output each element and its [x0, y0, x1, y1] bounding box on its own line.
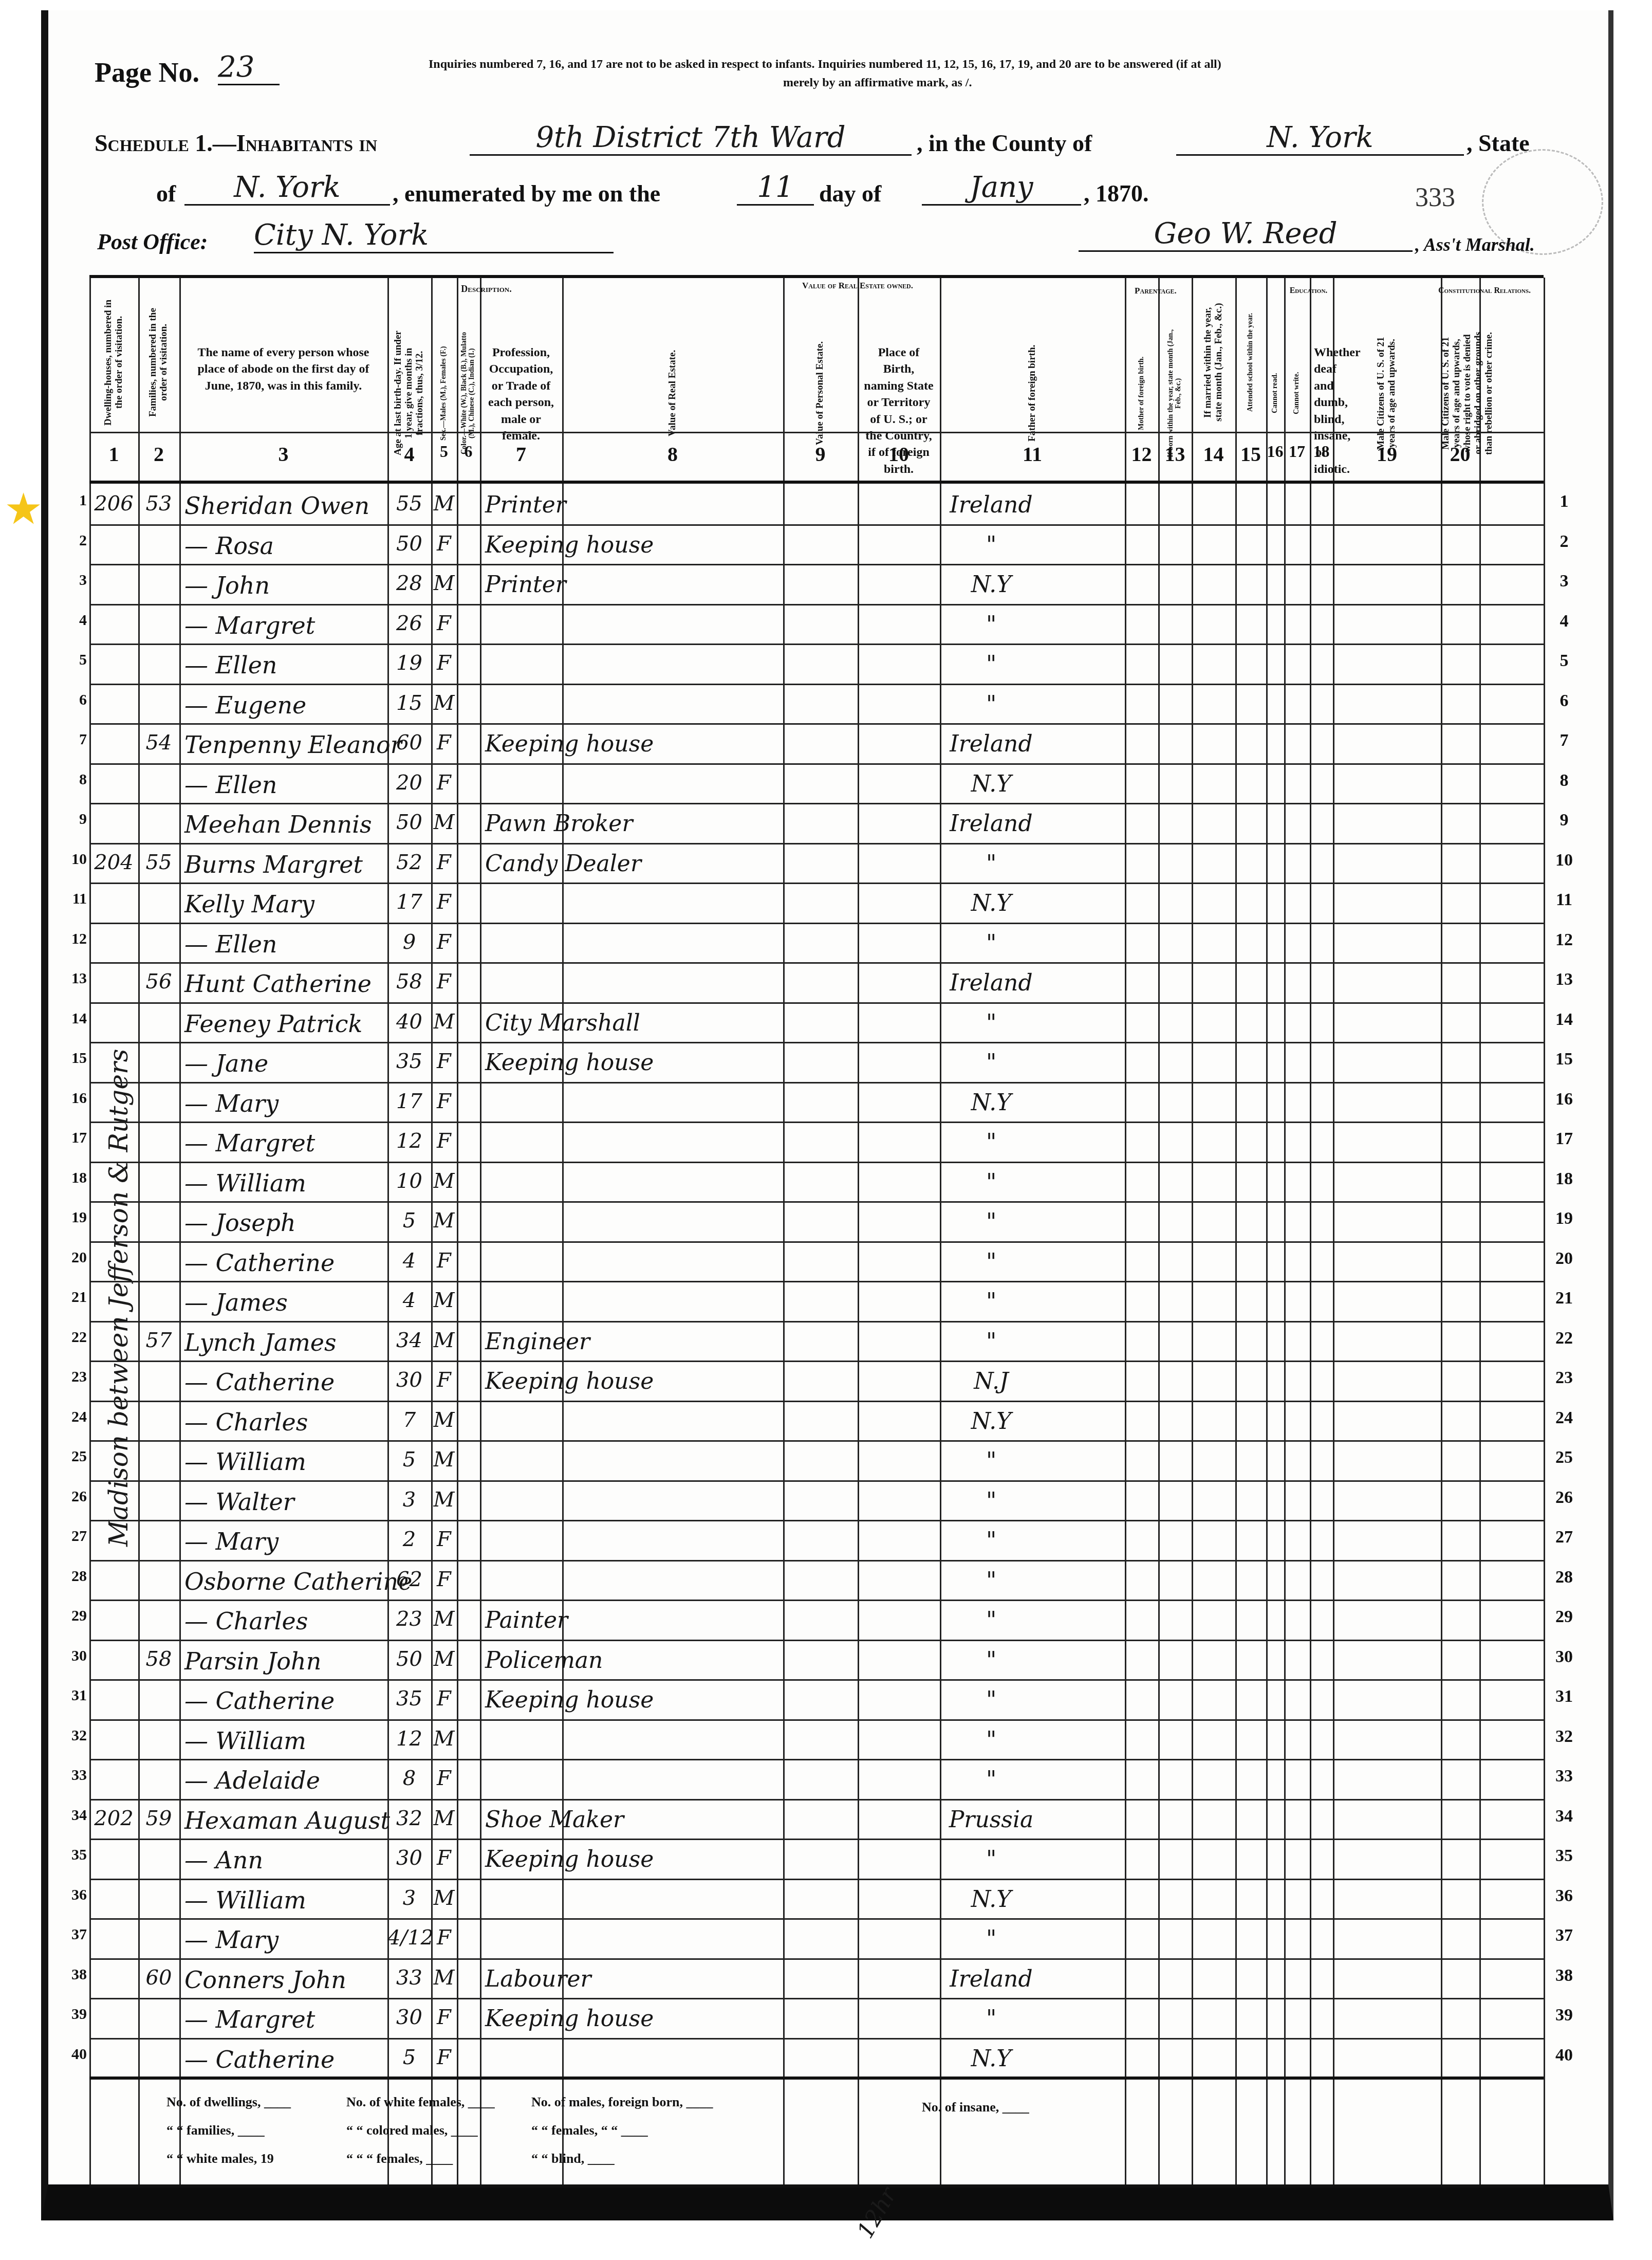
row-line-number-right: 8 [1549, 771, 1580, 791]
person-name: — Joseph [184, 1209, 385, 1237]
column-number: 17 [1284, 442, 1310, 461]
row-line-number-right: 16 [1549, 1090, 1580, 1109]
post-office-label: Post Office: [97, 229, 208, 255]
birthplace: " [858, 1448, 1125, 1474]
row-line-number-left: 30 [71, 1647, 87, 1665]
table-row: 18— William10M"18 [48, 1163, 1590, 1203]
table-row: 754Tenpenny Eleanor60FKeeping houseIrela… [48, 725, 1590, 765]
age: 5 [387, 1209, 431, 1233]
row-line-number-right: 22 [1549, 1329, 1580, 1348]
occupation: Painter [485, 1607, 778, 1633]
person-name: — Catherine [184, 1368, 385, 1396]
column-header-label: Color.—White (W.), Black (B.), Mulatto (… [460, 329, 476, 457]
age: 7 [387, 1408, 431, 1432]
person-name: Conners John [184, 1966, 385, 1994]
day-of-label: day of [819, 180, 881, 207]
row-line-number-right: 20 [1549, 1249, 1580, 1269]
birthplace: N.Y [858, 1090, 1125, 1116]
occupation: Keeping house [485, 2006, 778, 2032]
age: 30 [387, 1368, 431, 1392]
table-row: 4— Margret26F"4 [48, 605, 1590, 646]
column-header-label: Profession, Occupation, or Trade of each… [480, 344, 562, 444]
birthplace: " [858, 1329, 1125, 1355]
column-number: 11 [940, 442, 1125, 466]
birthplace: " [858, 1050, 1125, 1076]
person-name: Osborne Catherine [184, 1568, 385, 1595]
age: 50 [387, 811, 431, 834]
person-name: Parsin John [184, 1647, 385, 1675]
row-line-number-left: 35 [71, 1846, 87, 1864]
row-line-number-left: 34 [71, 1807, 87, 1824]
age: 4/12 [387, 1926, 431, 1950]
row-line-number-right: 19 [1549, 1209, 1580, 1228]
column-number: 7 [480, 442, 562, 466]
age: 52 [387, 851, 431, 874]
column-header-label: Male Citizens of U. S. of 21 years of ag… [1441, 329, 1494, 457]
marshal-label: , Ass't Marshal. [1415, 234, 1535, 255]
table-bottom-rule [89, 2077, 1544, 2080]
birthplace: " [858, 1727, 1125, 1753]
table-row: 25— William5M"25 [48, 1442, 1590, 1482]
group-header-parentage: Parentage. [1122, 285, 1189, 297]
person-name: — William [184, 1448, 385, 1476]
group-header-description: Description. [431, 283, 542, 295]
county-label: , in the County of [917, 130, 1092, 157]
sex: M [431, 811, 457, 834]
birthplace: N.Y [858, 890, 1125, 916]
table-row: 21— James4M"21 [48, 1282, 1590, 1322]
birthplace: " [858, 1289, 1125, 1315]
table-row: 40— Catherine5FN.Y40 [48, 2039, 1590, 2080]
column-number: 4 [387, 442, 431, 466]
table-row: 19— Joseph5M"19 [48, 1203, 1590, 1243]
birthplace: " [858, 1209, 1125, 1235]
schedule-label: Schedule 1.—Inhabitants in [95, 130, 377, 157]
county-field: N. York [1176, 121, 1464, 156]
family-number: 56 [138, 970, 179, 994]
table-row: 32— William12M"32 [48, 1721, 1590, 1761]
table-row: 11Kelly Mary17FN.Y11 [48, 884, 1590, 924]
person-name: — Mary [184, 1926, 385, 1954]
column-header-11: Father of foreign birth. [940, 329, 1125, 432]
row-line-number-right: 32 [1549, 1727, 1580, 1747]
birthplace: Ireland [858, 492, 1125, 518]
row-line-number-left: 3 [71, 572, 87, 589]
column-header-4: Age at last birth-day. If under 1 year, … [387, 329, 431, 432]
sex: F [431, 771, 457, 795]
column-header-3: The name of every person whose place of … [179, 344, 387, 427]
sex: F [431, 1846, 457, 1870]
column-header-label: Mother of foreign birth. [1138, 329, 1145, 457]
table-row: 36— William3MN.Y36 [48, 1880, 1590, 1920]
age: 4 [387, 1249, 431, 1273]
age: 12 [387, 1727, 431, 1751]
row-line-number-left: 17 [71, 1129, 87, 1147]
birthplace: N.Y [858, 1408, 1125, 1435]
row-line-number-right: 33 [1549, 1767, 1580, 1786]
enumerated-label: , enumerated by me on the [393, 180, 660, 207]
person-name: — James [184, 1289, 385, 1316]
instructions-line-1: Inquiries numbered 7, 16, and 17 are not… [429, 58, 1585, 71]
birthplace: " [858, 1687, 1125, 1713]
row-line-number-left: 13 [71, 970, 87, 987]
column-number: 16 [1266, 442, 1284, 461]
table-row: 35— Ann30FKeeping house"35 [48, 1840, 1590, 1880]
birthplace: " [858, 851, 1125, 877]
age: 19 [387, 651, 431, 675]
person-name: — Margret [184, 612, 385, 639]
occupation: Printer [485, 572, 778, 598]
sex: F [431, 851, 457, 874]
column-header-12: Mother of foreign birth. [1125, 329, 1158, 432]
sex: F [431, 1767, 457, 1790]
family-number: 55 [138, 851, 179, 874]
instructions-line-2: merely by an affirmative mark, as /. [783, 76, 972, 90]
table-row: 3— John28MPrinterN.Y3 [48, 565, 1590, 605]
birthplace: " [858, 612, 1125, 638]
table-row: 1020455Burns Margret52FCandy Dealer"10 [48, 844, 1590, 885]
row-line-number-right: 40 [1549, 2046, 1580, 2065]
row-line-number-left: 21 [71, 1289, 87, 1306]
sex: M [431, 1807, 457, 1830]
row-line-number-left: 22 [71, 1329, 87, 1346]
family-number: 59 [138, 1807, 179, 1830]
birthplace: " [858, 930, 1125, 957]
column-header-17: Cannot write. [1284, 329, 1310, 432]
person-name: — Ellen [184, 771, 385, 799]
column-header-19: Male Citizens of U. S. of 21 years of ag… [1333, 329, 1441, 432]
row-line-number-left: 23 [71, 1368, 87, 1386]
column-header-1: Dwelling-houses, numbered in the order o… [89, 298, 138, 401]
age: 3 [387, 1488, 431, 1512]
column-header-label: The name of every person whose place of … [179, 344, 387, 394]
sex: F [431, 1129, 457, 1153]
sex: M [431, 691, 457, 715]
inhabitants-in-field: 9th District 7th Ward [470, 121, 912, 156]
marshal-signature: Geo W. Reed [1079, 217, 1413, 252]
row-line-number-left: 31 [71, 1687, 87, 1704]
column-number: 2 [138, 442, 179, 466]
age: 60 [387, 731, 431, 755]
sex: F [431, 930, 457, 954]
header-bottom-rule [89, 481, 1544, 484]
person-name: Burns Margret [184, 851, 385, 878]
occupation: City Marshall [485, 1010, 778, 1036]
sex: M [431, 1329, 457, 1352]
occupation: Printer [485, 492, 778, 518]
person-name: — William [184, 1727, 385, 1755]
age: 4 [387, 1289, 431, 1312]
age: 17 [387, 1090, 431, 1113]
column-number: 19 [1333, 442, 1441, 466]
birthplace: " [858, 532, 1125, 558]
row-line-number-left: 15 [71, 1050, 87, 1067]
column-number: 20 [1441, 442, 1479, 466]
age: 10 [387, 1169, 431, 1193]
age: 5 [387, 1448, 431, 1472]
column-header-label: Sex.—Males (M.), Females (F.) [440, 329, 448, 457]
birthplace: N.J [858, 1368, 1125, 1394]
row-line-number-right: 11 [1549, 890, 1580, 910]
age: 9 [387, 930, 431, 954]
row-line-number-left: 7 [71, 731, 87, 748]
state-field: N. York [184, 171, 390, 206]
column-header-16: Cannot read. [1266, 329, 1284, 432]
column-header-7: Profession, Occupation, or Trade of each… [480, 344, 562, 427]
row-line-number-left: 29 [71, 1607, 87, 1625]
family-number: 54 [138, 731, 179, 755]
row-line-number-left: 6 [71, 691, 87, 709]
person-name: — Margret [184, 1129, 385, 1157]
person-name: — Charles [184, 1408, 385, 1436]
column-number: 6 [457, 442, 480, 461]
birthplace: " [858, 1767, 1125, 1793]
row-line-number-right: 25 [1549, 1448, 1580, 1467]
sex: M [431, 1169, 457, 1193]
birthplace: N.Y [858, 771, 1125, 797]
person-name: — Adelaide [184, 1767, 385, 1794]
sex: F [431, 2046, 457, 2069]
table-row: 3420259Hexaman August32MShoe MakerPrussi… [48, 1800, 1590, 1841]
row-line-number-right: 7 [1549, 731, 1580, 750]
table-row: 31— Catherine35FKeeping house"31 [48, 1681, 1590, 1721]
table-row: 120653Sheridan Owen55MPrinterIreland1 [48, 486, 1590, 526]
table-row: 9Meehan Dennis50MPawn BrokerIreland9 [48, 804, 1590, 844]
age: 62 [387, 1568, 431, 1591]
person-name: — Ellen [184, 651, 385, 679]
sex: F [431, 1568, 457, 1591]
sex: M [431, 1209, 457, 1233]
table-row: 2— Rosa50FKeeping house"2 [48, 526, 1590, 566]
row-line-number-left: 33 [71, 1767, 87, 1784]
sex: F [431, 890, 457, 914]
sex: F [431, 1368, 457, 1392]
person-name: — William [184, 1886, 385, 1914]
table-row: 33— Adelaide8F"33 [48, 1760, 1590, 1800]
person-name: — Mary [184, 1090, 385, 1117]
occupation: Keeping house [485, 731, 778, 757]
occupation: Pawn Broker [485, 811, 778, 837]
birthplace: Ireland [858, 970, 1125, 996]
row-line-number-right: 13 [1549, 970, 1580, 989]
birthplace: N.Y [858, 2046, 1125, 2072]
person-name: — Ann [184, 1846, 385, 1874]
column-header-label: If born within the year, state month (Ja… [1167, 329, 1183, 457]
sex: M [431, 492, 457, 516]
occupation: Policeman [485, 1647, 778, 1674]
person-name: Tenpenny Eleanor [184, 731, 385, 759]
person-name: — Mary [184, 1528, 385, 1555]
column-header-label: Families, numbered in the order of visit… [148, 298, 170, 427]
row-line-number-left: 1 [71, 492, 87, 509]
occupation: Engineer [485, 1329, 778, 1355]
birthplace: " [858, 2006, 1125, 2032]
day-field: 11 [737, 171, 814, 206]
occupation: Keeping house [485, 1050, 778, 1076]
group-header-constitutional: Constitutional Relations. [1436, 285, 1533, 297]
sex: F [431, 1687, 457, 1711]
stamp-number: 333 [1415, 182, 1455, 213]
row-line-number-left: 11 [71, 890, 87, 908]
sex: M [431, 1647, 457, 1671]
row-line-number-left: 2 [71, 532, 87, 549]
sex: F [431, 651, 457, 675]
column-number: 3 [179, 442, 387, 466]
row-line-number-left: 19 [71, 1209, 87, 1226]
row-line-number-right: 17 [1549, 1129, 1580, 1149]
family-number: 57 [138, 1329, 179, 1352]
sex: F [431, 532, 457, 556]
table-row: 28Osborne Catherine62F"28 [48, 1561, 1590, 1602]
age: 35 [387, 1050, 431, 1073]
person-name: — Jane [184, 1050, 385, 1077]
person-name: Feeney Patrick [184, 1010, 385, 1038]
row-line-number-right: 4 [1549, 612, 1580, 631]
person-name: Hunt Catherine [184, 970, 385, 998]
table-row: 29— Charles23MPainter"29 [48, 1601, 1590, 1641]
family-number: 60 [138, 1966, 179, 1990]
sex: F [431, 612, 457, 635]
footer-males-foreign: No. of males, foreign born, ____ [531, 2094, 713, 2110]
table-row: 3058Parsin John50MPoliceman"30 [48, 1641, 1590, 1681]
column-header-8: Value of Real Estate. [562, 329, 783, 432]
column-header-14: If married within the year, state month … [1192, 298, 1235, 401]
row-line-number-left: 24 [71, 1408, 87, 1426]
row-line-number-left: 5 [71, 651, 87, 669]
row-line-number-left: 26 [71, 1488, 87, 1505]
table-row: 12— Ellen9F"12 [48, 924, 1590, 964]
table-row: 27— Mary2F"27 [48, 1521, 1590, 1561]
column-number: 5 [431, 442, 457, 461]
age: 20 [387, 771, 431, 795]
age: 26 [387, 612, 431, 635]
row-line-number-left: 32 [71, 1727, 87, 1744]
row-line-number-left: 12 [71, 930, 87, 948]
person-name: — Eugene [184, 691, 385, 719]
row-line-number-right: 37 [1549, 1926, 1580, 1945]
column-header-label: Age at last birth-day. If under 1 year, … [393, 329, 425, 457]
row-line-number-right: 3 [1549, 572, 1580, 591]
row-line-number-right: 23 [1549, 1368, 1580, 1388]
column-header-20: Male Citizens of U. S. of 21 years of ag… [1441, 329, 1479, 432]
sex: F [431, 970, 457, 994]
age: 28 [387, 572, 431, 595]
sex: M [431, 1408, 457, 1432]
row-line-number-left: 18 [71, 1169, 87, 1187]
table-row: 17— Margret12F"17 [48, 1123, 1590, 1163]
column-header-13: If born within the year, state month (Ja… [1158, 329, 1192, 432]
row-line-number-right: 2 [1549, 532, 1580, 552]
occupation: Labourer [485, 1966, 778, 1992]
row-line-number-right: 26 [1549, 1488, 1580, 1508]
birthplace: " [858, 1010, 1125, 1036]
birthplace: " [858, 1488, 1125, 1514]
column-header-label: Cannot write. [1293, 329, 1301, 457]
age: 58 [387, 970, 431, 994]
column-number: 1 [89, 442, 138, 466]
person-name: Hexaman August [184, 1807, 385, 1834]
age: 40 [387, 1010, 431, 1034]
column-header-6: Color.—White (W.), Black (B.), Mulatto (… [457, 329, 480, 432]
sex: M [431, 1727, 457, 1751]
birthplace: Ireland [858, 811, 1125, 837]
footer-females-foreign: “ “ females, “ “ ____ [531, 2123, 648, 2138]
group-header-education: Education. [1284, 285, 1333, 297]
sex: M [431, 572, 457, 595]
birthplace: Ireland [858, 1966, 1125, 1992]
table-row: 39— Margret30FKeeping house"39 [48, 1999, 1590, 2039]
row-line-number-left: 28 [71, 1568, 87, 1585]
table-row: 24— Charles7MN.Y24 [48, 1402, 1590, 1442]
column-number: 13 [1158, 442, 1192, 466]
star-marker-icon: ★ [4, 488, 45, 529]
row-line-number-right: 27 [1549, 1528, 1580, 1547]
birthplace: " [858, 1528, 1125, 1554]
person-name: — William [184, 1169, 385, 1197]
table-row: 14Feeney Patrick40MCity Marshall"14 [48, 1004, 1590, 1044]
table-row: 37— Mary4/12F"37 [48, 1920, 1590, 1960]
age: 2 [387, 1528, 431, 1551]
row-line-number-right: 21 [1549, 1289, 1580, 1308]
row-line-number-left: 25 [71, 1448, 87, 1465]
row-line-number-right: 28 [1549, 1568, 1580, 1587]
age: 35 [387, 1687, 431, 1711]
birthplace: N.Y [858, 1886, 1125, 1913]
sex: M [431, 1966, 457, 1990]
footer-bottom-rule [89, 2184, 1544, 2188]
page-label: Page No. [95, 57, 199, 88]
person-name: Meehan Dennis [184, 811, 385, 838]
sex: M [431, 1488, 457, 1512]
person-name: Lynch James [184, 1329, 385, 1356]
age: 50 [387, 1647, 431, 1671]
footer-insane: No. of insane, ____ [922, 2100, 1029, 2115]
row-line-number-left: 27 [71, 1528, 87, 1545]
row-line-number-right: 18 [1549, 1169, 1580, 1189]
row-line-number-right: 31 [1549, 1687, 1580, 1706]
birthplace: N.Y [858, 572, 1125, 598]
header-divider [89, 432, 1544, 433]
birthplace: Ireland [858, 731, 1125, 757]
row-line-number-left: 14 [71, 1010, 87, 1027]
table-row: 1356Hunt Catherine58FIreland13 [48, 964, 1590, 1004]
age: 34 [387, 1329, 431, 1352]
person-name: Sheridan Owen [184, 492, 385, 520]
column-header-label: Father of foreign birth. [1027, 329, 1038, 457]
group-header-real-estate: Value of Real Estate owned. [781, 280, 935, 292]
column-number: 18 [1310, 442, 1333, 461]
row-line-number-right: 24 [1549, 1408, 1580, 1428]
person-name: — Charles [184, 1607, 385, 1635]
person-name: Kelly Mary [184, 890, 385, 918]
row-line-number-right: 14 [1549, 1010, 1580, 1030]
age: 55 [387, 492, 431, 516]
row-line-number-left: 8 [71, 771, 87, 788]
footer-dwellings: No. of dwellings, ____ [166, 2094, 291, 2110]
footer-white-females: No. of white females, ____ [346, 2094, 495, 2110]
column-header-label: Attended school within the year. [1247, 298, 1254, 427]
table-top-rule [89, 275, 1544, 278]
dwelling-number: 202 [89, 1807, 138, 1830]
column-header-10: Place of Birth, naming State or Territor… [858, 344, 940, 427]
occupation: Keeping house [485, 1368, 778, 1394]
birthplace: " [858, 1568, 1125, 1594]
person-name: — Rosa [184, 532, 385, 560]
age: 32 [387, 1807, 431, 1830]
year-label: , 1870. [1084, 180, 1149, 207]
table-row: 3860Conners John33MLabourerIreland38 [48, 1960, 1590, 2000]
age: 15 [387, 691, 431, 715]
